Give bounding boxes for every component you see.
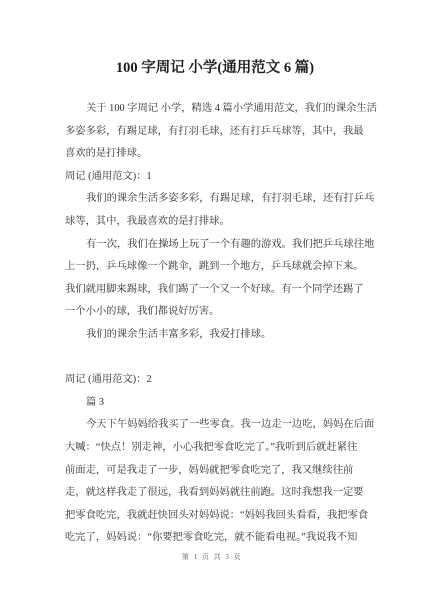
text-line: 多姿多彩，有踢足球，有打羽毛球，还有打乒乓球等，其中，我最 (65, 121, 365, 144)
text-line: 我们的课余生活丰富多彩，我爱打排球。 (65, 324, 365, 347)
text-line: 球等，其中，我最喜欢的是打排球。 (65, 211, 365, 234)
text-line: 周记 (通用范文)：2 (65, 369, 365, 392)
text-line: 大喊：“快点！别走神，小心我把零食吃完了。”我听到后就赶紧往 (65, 437, 365, 460)
text-line: 吃完了，妈妈说：“你要把零食吃完，就不能看电视。”我说我不知 (65, 527, 365, 550)
text-line: 上一扔，乒乓球像一个跳伞，跳到一个地方，乒乓球就会掉下来。 (65, 256, 365, 279)
document-page: 100 字周记 小学(通用范文 6 篇) 关于 100 字周记 小学，精选 4 … (0, 0, 424, 600)
text-line: 把零食吃完，我就赶快回头对妈妈说：“妈妈我回头看看，我把零食 (65, 505, 365, 528)
text-line: 一个小小的球，我们都说好厉害。 (65, 301, 365, 324)
text-line: 前面走，可是我走了一步，妈妈就把零食吃完了，我又继续往前 (65, 460, 365, 483)
text-line: 喜欢的是打排球。 (65, 143, 365, 166)
text-line: 篇 3 (65, 392, 365, 415)
document-body: 关于 100 字周记 小学，精选 4 篇小学通用范文，我们的课余生活多姿多彩，有… (65, 98, 365, 550)
text-line: 走，就这样我走了很远，我看到妈妈就往前跑。这时我想我一定要 (65, 482, 365, 505)
page-title: 100 字周记 小学(通用范文 6 篇) (65, 58, 365, 78)
text-line: 我们就用脚来踢球，我们踢了一个又一个好球。有一个同学还踢了 (65, 279, 365, 302)
text-line: 关于 100 字周记 小学，精选 4 篇小学通用范文，我们的课余生活 (65, 98, 365, 121)
page-footer: 第 1 页 共 3 页 (0, 552, 424, 562)
text-line: 我们的课余生活多姿多彩，有踢足球，有打羽毛球，还有打乒乓 (65, 188, 365, 211)
text-line: 周记 (通用范文)：1 (65, 166, 365, 189)
text-line: 有一次，我们在操场上玩了一个有趣的游戏。我们把乒乓球往地 (65, 234, 365, 257)
text-line: 今天下午妈妈给我买了一些零食。我一边走一边吃，妈妈在后面 (65, 414, 365, 437)
blank-line (65, 347, 365, 370)
